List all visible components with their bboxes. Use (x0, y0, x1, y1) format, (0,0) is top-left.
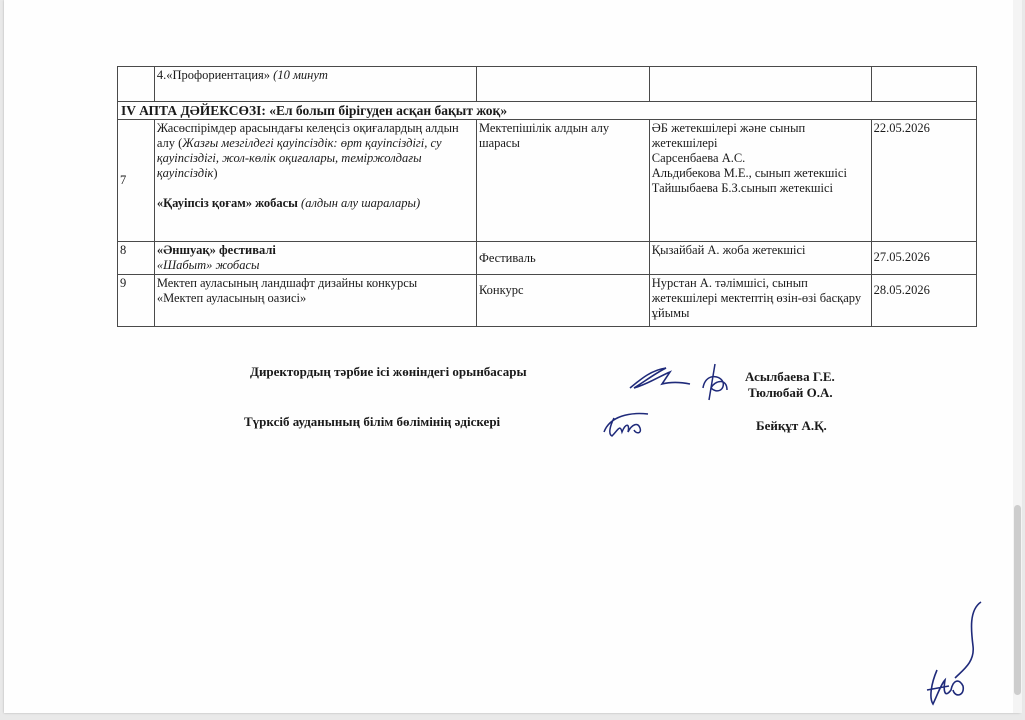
cell-number: 9 (118, 275, 155, 327)
cell-event: Мектеп ауласының ландшафт дизайны конкур… (154, 275, 476, 327)
responsible-line: ӘБ жетекшілері және сынып жетекшілері (652, 121, 869, 151)
event-duration: (10 минут (273, 68, 328, 82)
cell-date (871, 67, 976, 102)
cell-form (476, 67, 649, 102)
cell-form: Конкурс (476, 275, 649, 327)
cell-responsible: Қызайбай А. жоба жетекшісі (649, 242, 871, 275)
event-project-note: (алдын алу шаралары) (298, 196, 420, 210)
cell-date: 28.05.2026 (871, 275, 976, 327)
methodist-name: Бейқұт А.Қ. (756, 418, 827, 434)
signature-tyulyubai (697, 362, 733, 404)
signature-corner (919, 600, 989, 715)
table-row: 9 Мектеп ауласының ландшафт дизайны конк… (118, 275, 977, 327)
cell-responsible: ӘБ жетекшілері және сынып жетекшілері Са… (649, 120, 871, 242)
cell-number: 8 (118, 242, 155, 275)
signature-asylbaeva (624, 364, 694, 394)
deputy-title: Директордың тәрбие ісі жөніндегі орынбас… (250, 364, 527, 380)
cell-event: «Әншуақ» фестивалі «Шабыт» жобасы (154, 242, 476, 275)
cell-event: 4.«Профориентация» (10 минут (154, 67, 476, 102)
deputy-name-2: Тюлюбай О.А. (748, 385, 833, 401)
event-close: ) (213, 166, 217, 180)
table-row: 8 «Әншуақ» фестивалі «Шабыт» жобасы Фест… (118, 242, 977, 275)
week-header: IV АПТА ДӘЙЕКСӨЗІ: «Ел болып бірігуден а… (118, 102, 977, 120)
cell-date: 22.05.2026 (871, 120, 976, 242)
event-project: «Қауіпсіз қоғам» жобасы (157, 196, 298, 210)
event-detail: Жазғы мезгілдегі қауіпсіздік: өрт қауіпс… (157, 136, 442, 180)
responsible-line: Сарсенбаева А.С. (652, 151, 869, 166)
event-subtitle: «Мектеп ауласының оазисі» (157, 291, 474, 306)
cell-responsible: Нурстан А. тәлімшісі, сынып жетекшілері … (649, 275, 871, 327)
cell-number (118, 67, 155, 102)
responsible-line: Альдибекова М.Е., сынып жетекшісі (652, 166, 869, 181)
event-title: «Әншуақ» фестивалі (157, 243, 474, 258)
events-table: 4.«Профориентация» (10 минут IV АПТА ДӘЙ… (117, 66, 977, 327)
table-row-carryover: 4.«Профориентация» (10 минут (118, 67, 977, 102)
cell-event: Жасөспірімдер арасындағы келеңсіз оқиғал… (154, 120, 476, 242)
cell-date: 27.05.2026 (871, 242, 976, 275)
cell-number: 7 (118, 120, 155, 242)
cell-responsible (649, 67, 871, 102)
event-project: «Шабыт» жобасы (157, 258, 474, 273)
cell-form: Мектепішілік алдын алу шарасы (476, 120, 649, 242)
week-header-row: IV АПТА ДӘЙЕКСӨЗІ: «Ел болып бірігуден а… (118, 102, 977, 120)
document-page: 4.«Профориентация» (10 минут IV АПТА ДӘЙ… (4, 0, 1020, 713)
deputy-name-1: Асылбаева Г.Е. (745, 369, 835, 385)
scrollbar-thumb[interactable] (1014, 505, 1021, 695)
methodist-title: Түрксіб ауданының білім бөлімінің әдіске… (244, 414, 500, 430)
cell-form: Фестиваль (476, 242, 649, 275)
event-title: Мектеп ауласының ландшафт дизайны конкур… (157, 276, 474, 291)
table-row: 7 Жасөспірімдер арасындағы келеңсіз оқиғ… (118, 120, 977, 242)
event-text: 4.«Профориентация» (157, 68, 273, 82)
signature-beikut (600, 410, 652, 440)
responsible-line: Тайшыбаева Б.З.сынып жетекшісі (652, 181, 869, 196)
